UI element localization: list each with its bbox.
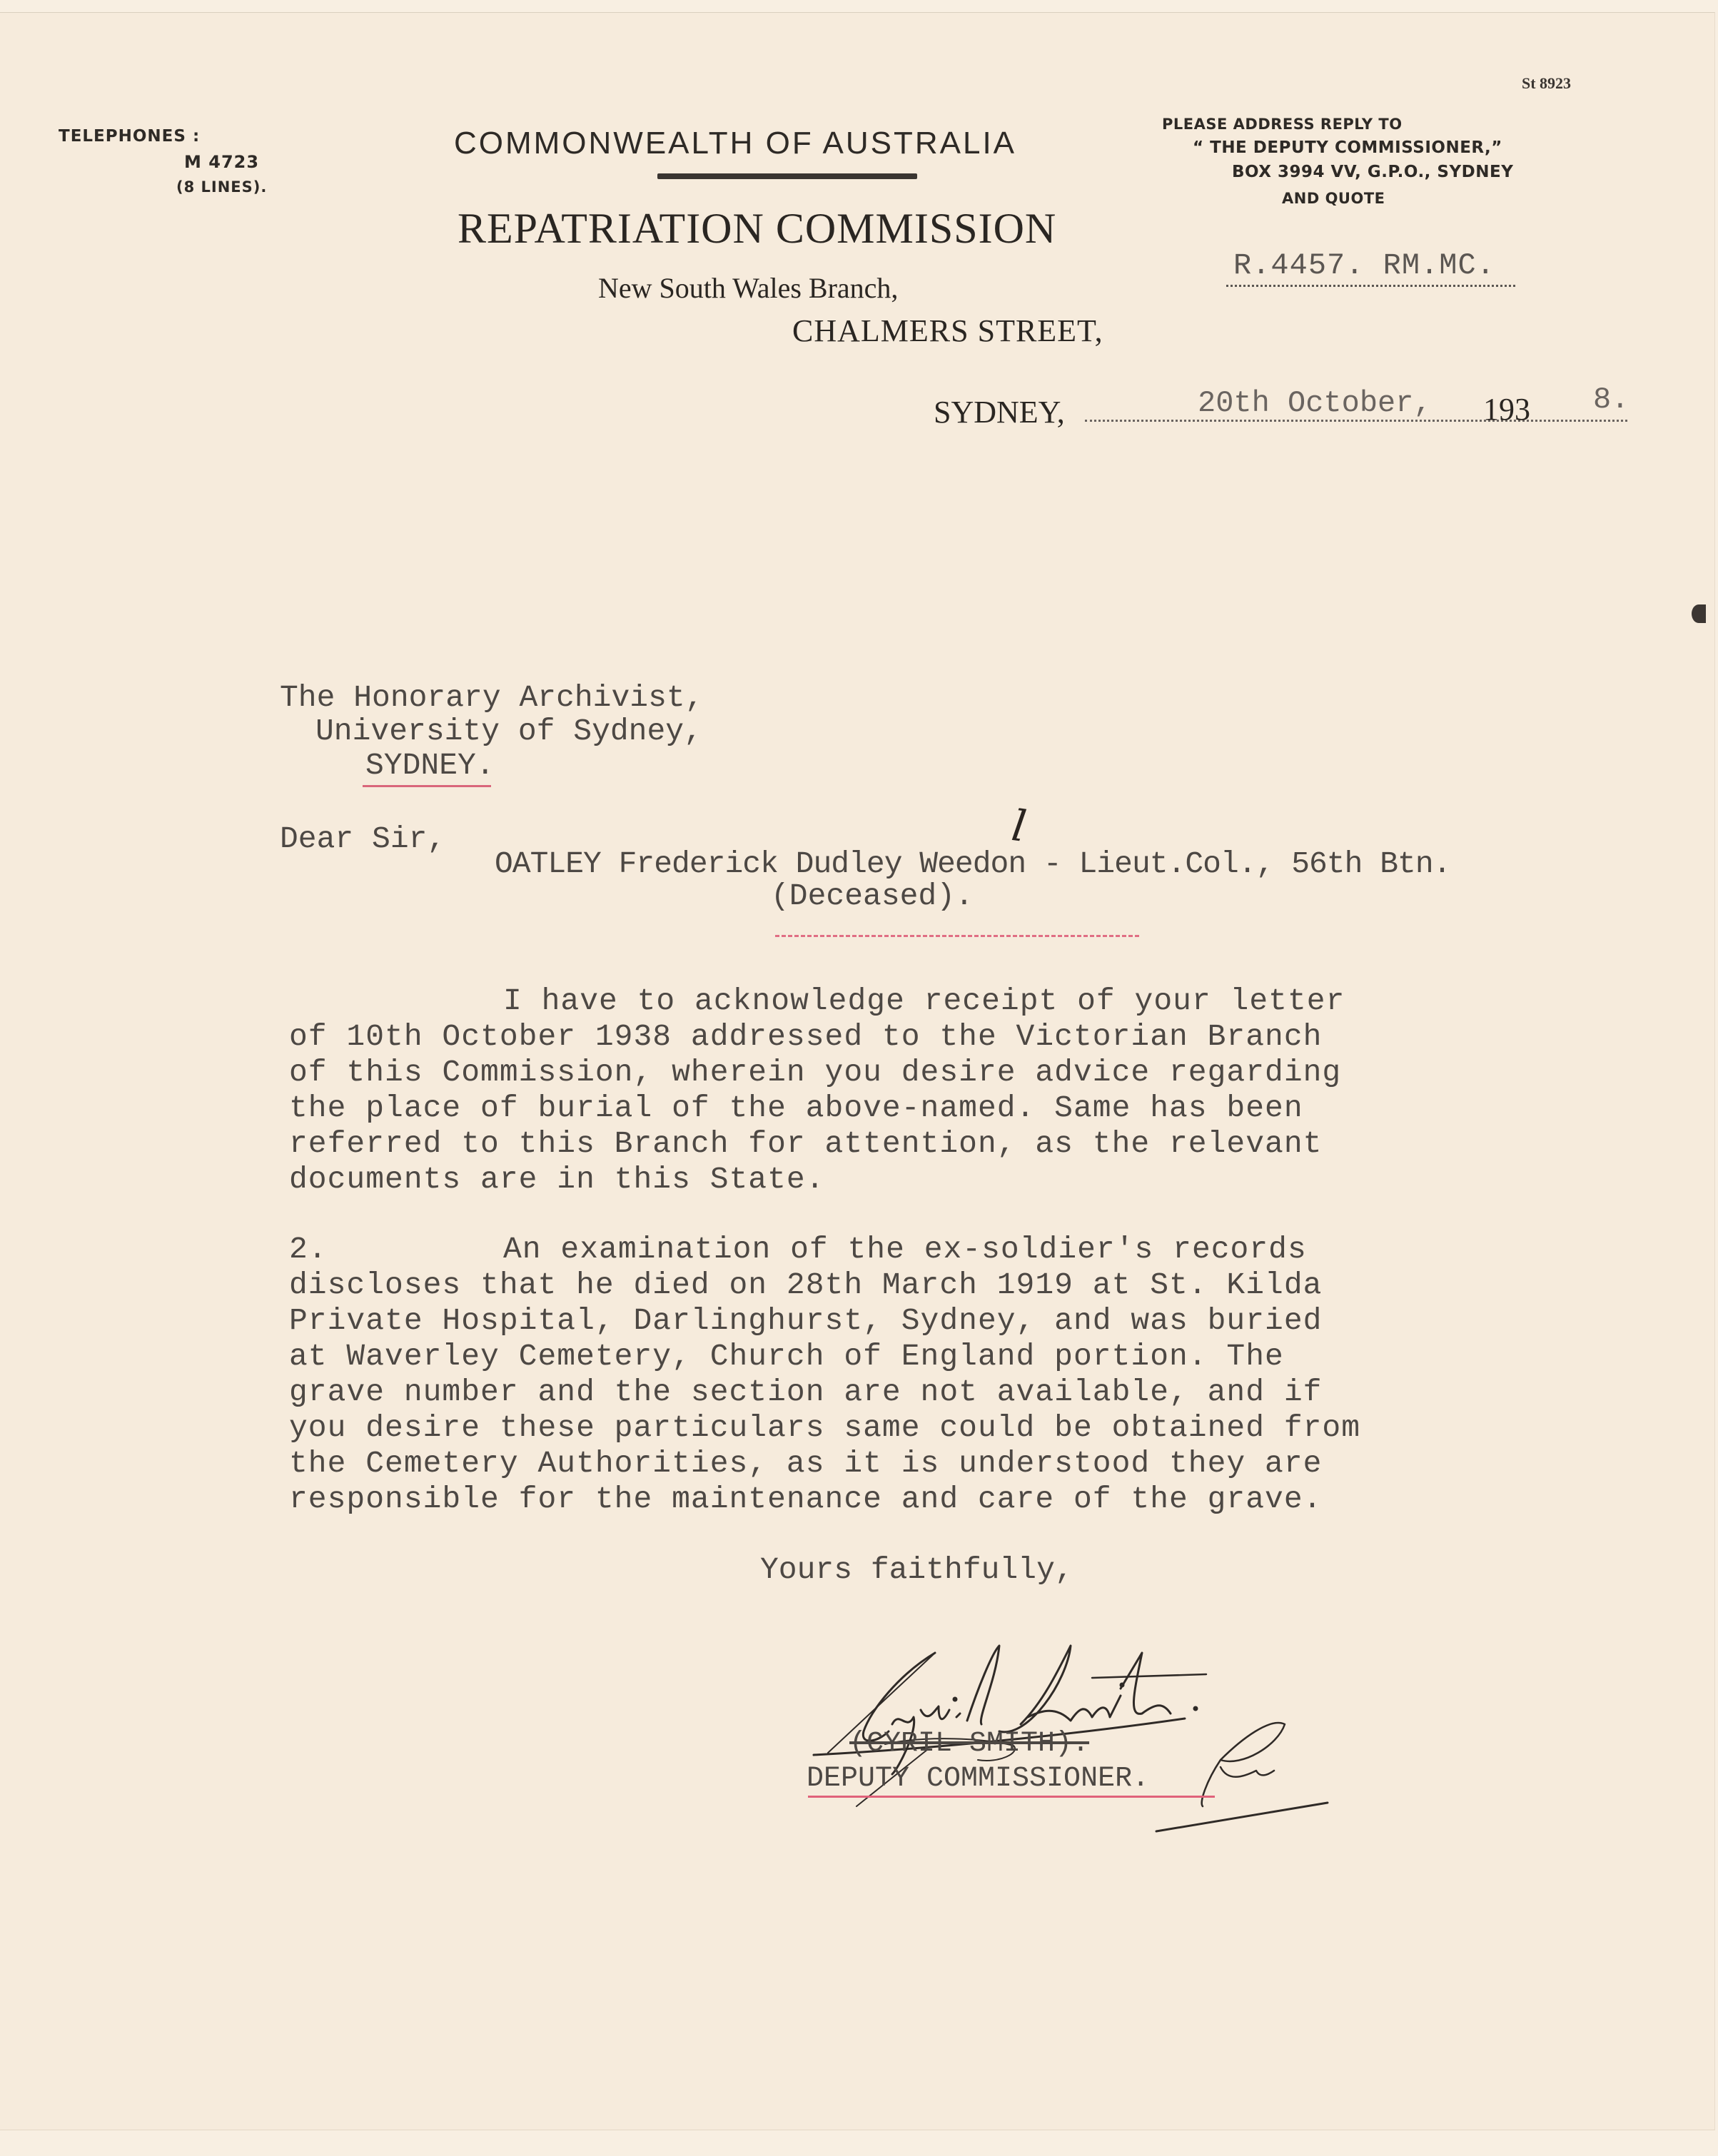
form-number: St 8923 bbox=[1522, 74, 1571, 93]
branch-name: New South Wales Branch, bbox=[598, 271, 898, 305]
paragraph-line: 2.An examination of the ex-soldier's rec… bbox=[289, 1232, 1360, 1267]
government-heading: COMMONWEALTH OF AUSTRALIA bbox=[454, 126, 1016, 161]
paragraph-line: responsible for the maintenance and care… bbox=[289, 1482, 1360, 1517]
dateline-city: SYDNEY, bbox=[934, 394, 1065, 430]
reply-instruction-line: AND QUOTE bbox=[1282, 190, 1385, 207]
reply-instruction-line: “ THE DEPUTY COMMISSIONER,” bbox=[1193, 138, 1502, 157]
addressee-line: University of Sydney, bbox=[315, 714, 702, 749]
paragraph-text: An examination of the ex-soldier's recor… bbox=[503, 1232, 1307, 1267]
reference-number: R.4457. RM.MC. bbox=[1233, 248, 1495, 283]
red-pencil-dashed-underline bbox=[775, 935, 1139, 937]
reference-dotted-line bbox=[1226, 285, 1515, 287]
paragraph-line: grave number and the section are not ava… bbox=[289, 1375, 1360, 1410]
heading-rule bbox=[657, 173, 917, 179]
red-pencil-underline bbox=[363, 785, 491, 787]
paragraph-line: at Waverley Cemetery, Church of England … bbox=[289, 1339, 1360, 1375]
paragraph-line: referred to this Branch for attention, a… bbox=[289, 1126, 1345, 1162]
street-address: CHALMERS STREET, bbox=[792, 313, 1103, 349]
closing: Yours faithfully, bbox=[760, 1552, 1073, 1588]
punch-hole-mark bbox=[1692, 604, 1706, 623]
reply-instruction-line: PLEASE ADDRESS REPLY TO bbox=[1162, 116, 1403, 133]
handwritten-correction: l bbox=[1009, 801, 1029, 852]
typed-signatory-name: (CYRIL SMITH). bbox=[849, 1728, 1089, 1760]
reply-instruction-line: BOX 3994 VV, G.P.O., SYDNEY bbox=[1232, 163, 1513, 181]
typed-date: 20th October, bbox=[1198, 386, 1432, 420]
addressee-line: The Honorary Archivist, bbox=[280, 680, 704, 716]
body-paragraph-2: 2.An examination of the ex-soldier's rec… bbox=[289, 1232, 1360, 1517]
paragraph-line: of 10th October 1938 addressed to the Vi… bbox=[289, 1019, 1345, 1055]
paragraph-line: Private Hospital, Darlinghurst, Sydney, … bbox=[289, 1303, 1360, 1339]
paragraph-line: you desire these particulars same could … bbox=[289, 1410, 1360, 1446]
paragraph-line: I have to acknowledge receipt of your le… bbox=[289, 983, 1345, 1019]
paragraph-line: of this Commission, wherein you desire a… bbox=[289, 1055, 1345, 1090]
red-pencil-underline bbox=[808, 1796, 1215, 1798]
paragraph-line: discloses that he died on 28th March 191… bbox=[289, 1267, 1360, 1303]
paragraph-line: the place of burial of the above-named. … bbox=[289, 1090, 1345, 1126]
subject-line: (Deceased). bbox=[771, 879, 974, 914]
paragraph-line: the Cemetery Authorities, as it is under… bbox=[289, 1446, 1360, 1482]
telephone-number: M 4723 bbox=[184, 152, 259, 172]
signatory-title: DEPUTY COMMISSIONER. bbox=[807, 1763, 1149, 1795]
paragraph-line: documents are in this State. bbox=[289, 1162, 1345, 1198]
printed-year-prefix: 193 bbox=[1483, 391, 1530, 427]
paragraph-text: I have to acknowledge receipt of your le… bbox=[503, 983, 1345, 1018]
body-paragraph-1: I have to acknowledge receipt of your le… bbox=[289, 983, 1345, 1198]
paragraph-number: 2. bbox=[289, 1232, 503, 1267]
telephones-label: TELEPHONES : bbox=[59, 127, 200, 146]
salutation: Dear Sir, bbox=[280, 821, 445, 857]
telephone-lines: (8 LINES). bbox=[176, 178, 267, 196]
subject-line: OATLEY Frederick Dudley Weedon - Lieut.C… bbox=[495, 846, 1450, 882]
organisation-heading: REPATRIATION COMMISSION bbox=[458, 204, 1056, 253]
addressee-line: SYDNEY. bbox=[365, 748, 495, 784]
typed-year-suffix: 8. bbox=[1593, 383, 1629, 417]
letter-page: TELEPHONES : M 4723 (8 LINES). COMMONWEA… bbox=[0, 12, 1715, 2130]
